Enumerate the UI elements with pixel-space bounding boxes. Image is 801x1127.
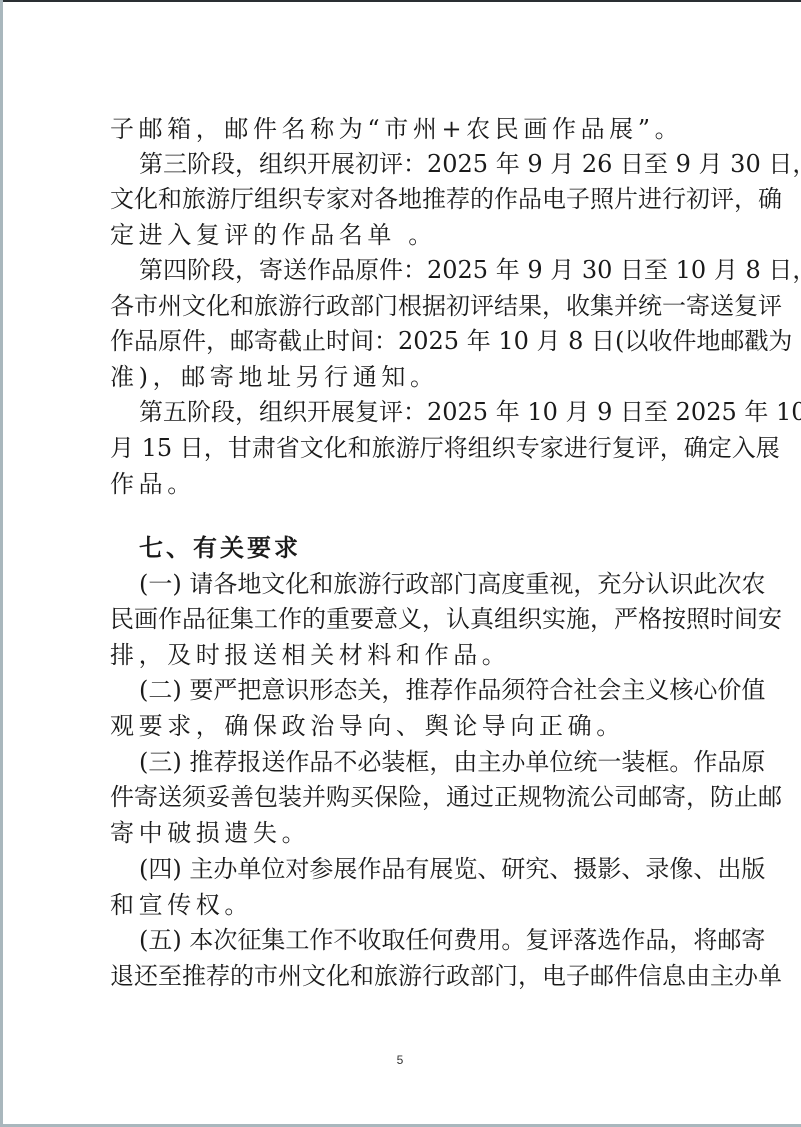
requirement-line-2: 民画作品征集工作的重要意义，认真组织实施，严格按照时间安 — [110, 604, 700, 634]
body-line-6: 各市州文化和旅游行政部门根据初评结果，收集并统一寄送复评 — [110, 291, 700, 321]
body-line-10: 月 15 日，甘肃省文化和旅游厅将组织专家进行复评，确定入展 — [110, 433, 700, 463]
body-line-5: 第四阶段，寄送作品原件：2025 年 9 月 30 日至 10 月 8 日， — [139, 255, 700, 285]
body-line-3: 文化和旅游厅组织专家对各地推荐的作品电子照片进行初评，确 — [110, 184, 700, 214]
requirement-line-12: 退还至推荐的市州文化和旅游行政部门，电子邮件信息由主办单 — [110, 961, 700, 991]
requirement-line-10: 和宣传权。 — [110, 890, 700, 920]
body-line-9: 第五阶段，组织开展复评：2025 年 10 月 9 日至 2025 年 10 — [139, 397, 700, 427]
body-line-4: 定进入复评的作品名单 。 — [110, 220, 700, 250]
body-line-8: 准)，邮寄地址另行通知。 — [110, 362, 700, 392]
body-line-1: 子邮箱，邮件名称为“市州+农民画作品展”。 — [110, 114, 700, 144]
body-line-2: 第三阶段，组织开展初评：2025 年 9 月 26 日至 9 月 30 日， — [139, 149, 700, 179]
section-heading: 七、有关要求 — [139, 533, 700, 563]
requirement-line-4: (二) 要严把意识形态关，推荐作品须符合社会主义核心价值 — [139, 675, 700, 705]
requirement-line-8: 寄中破损遗失。 — [110, 818, 700, 848]
document-page: 子邮箱，邮件名称为“市州+农民画作品展”。 第三阶段，组织开展初评：2025 年… — [0, 0, 801, 1127]
requirement-line-11: (五) 本次征集工作不收取任何费用。复评落选作品，将邮寄 — [139, 925, 700, 955]
requirement-line-9: (四) 主办单位对参展作品有展览、研究、摄影、录像、出版 — [139, 854, 700, 884]
requirement-line-3: 排，及时报送相关材料和作品。 — [110, 640, 700, 670]
requirement-line-7: 件寄送须妥善包装并购买保险，通过正规物流公司邮寄，防止邮 — [110, 782, 700, 812]
requirement-line-6: (三) 推荐报送作品不必装框，由主办单位统一装框。作品原 — [139, 747, 700, 777]
page-number: 5 — [390, 1053, 410, 1067]
requirement-line-1: (一) 请各地文化和旅游行政部门高度重视，充分认识此次农 — [139, 569, 700, 599]
body-line-11: 作品。 — [110, 469, 700, 499]
requirement-line-5: 观要求，确保政治导向、舆论导向正确。 — [110, 711, 700, 741]
body-line-7: 作品原件，邮寄截止时间：2025 年 10 月 8 日(以收件地邮戳为 — [110, 326, 700, 356]
